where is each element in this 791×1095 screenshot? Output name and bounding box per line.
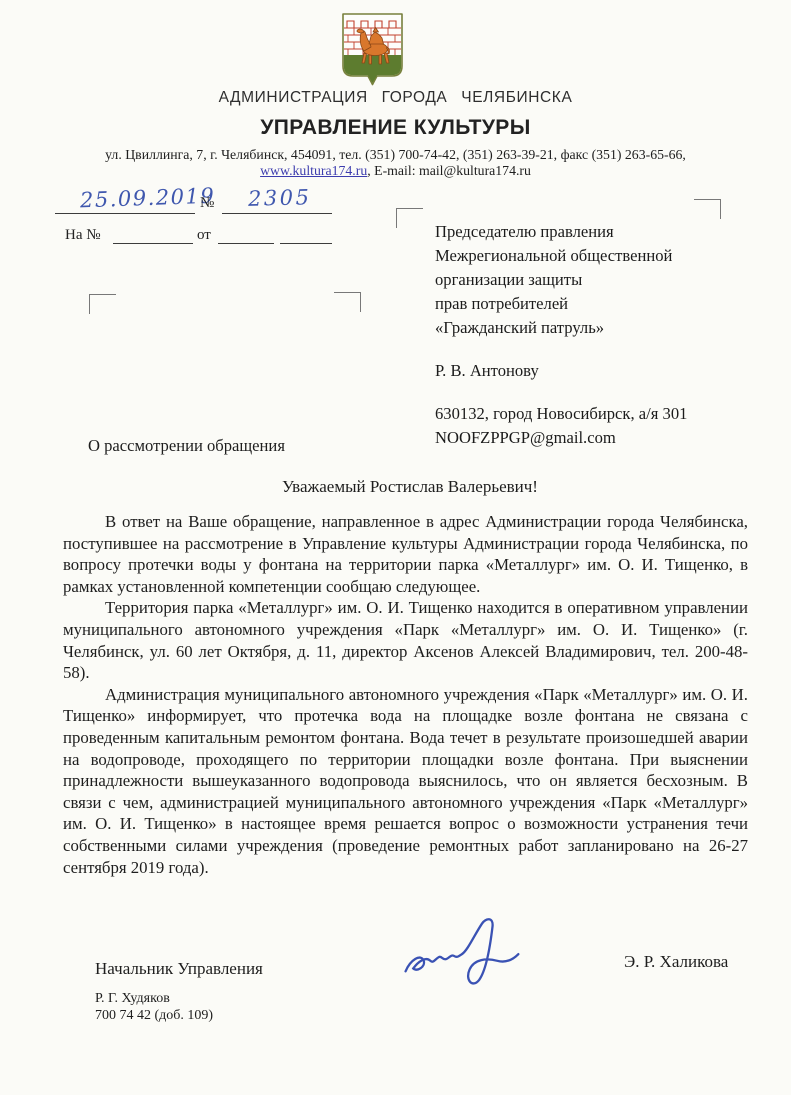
letter-body: В ответ на Ваше обращение, направленное … — [63, 511, 748, 878]
letterhead-contact-line: www.kultura174.ru, E-mail: mail@kultura1… — [0, 163, 791, 179]
email-text: , E-mail: mail@kultura174.ru — [367, 163, 531, 178]
salutation: Уважаемый Ростислав Валерьевич! — [30, 477, 790, 497]
incoming-number-underline — [113, 243, 193, 244]
chelyabinsk-coat-of-arms-icon — [338, 11, 407, 89]
from-date-underline-2 — [280, 243, 332, 244]
recipient-line: Председателю правления — [435, 220, 687, 244]
body-paragraph: Территория парка «Металлург» им. О. И. Т… — [63, 597, 748, 683]
handwritten-date: 25.09.2019 — [80, 184, 216, 213]
corner-mark-sender-left — [89, 294, 116, 314]
recipient-line: прав потребителей — [435, 292, 687, 316]
from-date-label: от — [197, 227, 211, 244]
organization-title: УПРАВЛЕНИЕ КУЛЬТУРЫ — [0, 116, 791, 140]
recipient-email: NOOFZPPGP@gmail.com — [435, 426, 687, 450]
recipient-name: Р. В. Антонову — [435, 359, 687, 383]
recipient-postal-address: 630132, город Новосибирск, а/я 301 — [435, 402, 687, 426]
corner-mark-sender-right — [334, 292, 361, 312]
corner-mark-recipient-right — [694, 199, 721, 219]
executor-phone: 700 74 42 (доб. 109) — [95, 1008, 213, 1024]
executor-name: Р. Г. Худяков — [95, 991, 170, 1007]
handwritten-outgoing-number: 2305 — [248, 185, 312, 211]
recipient-line: Межрегиональной общественной — [435, 244, 687, 268]
number-label: № — [200, 195, 214, 212]
parent-organization-title: АДМИНИСТРАЦИЯ ГОРОДА ЧЕЛЯБИНСКА — [0, 89, 791, 107]
body-paragraph: В ответ на Ваше обращение, направленное … — [63, 511, 748, 597]
letterhead-address-line: ул. Цвиллинга, 7, г. Челябинск, 454091, … — [0, 147, 791, 163]
recipient-block: Председателю правления Межрегиональной о… — [435, 220, 687, 450]
recipient-line: «Гражданский патруль» — [435, 316, 687, 340]
date-underline — [55, 213, 195, 214]
body-paragraph: Администрация муниципального автономного… — [63, 684, 748, 878]
incoming-number-label: На № — [65, 227, 101, 244]
signer-name: Э. Р. Халикова — [624, 952, 728, 972]
handwritten-signature — [398, 914, 524, 1000]
from-date-underline-1 — [218, 243, 274, 244]
corner-mark-recipient-left — [396, 208, 423, 228]
signer-position-title: Начальник Управления — [95, 959, 263, 979]
number-underline — [222, 213, 332, 214]
letter-subject: О рассмотрении обращения — [88, 436, 285, 456]
scanned-letter-page: АДМИНИСТРАЦИЯ ГОРОДА ЧЕЛЯБИНСКА УПРАВЛЕН… — [0, 0, 791, 1095]
website-link: www.kultura174.ru — [260, 163, 367, 178]
recipient-line: организации защиты — [435, 268, 687, 292]
